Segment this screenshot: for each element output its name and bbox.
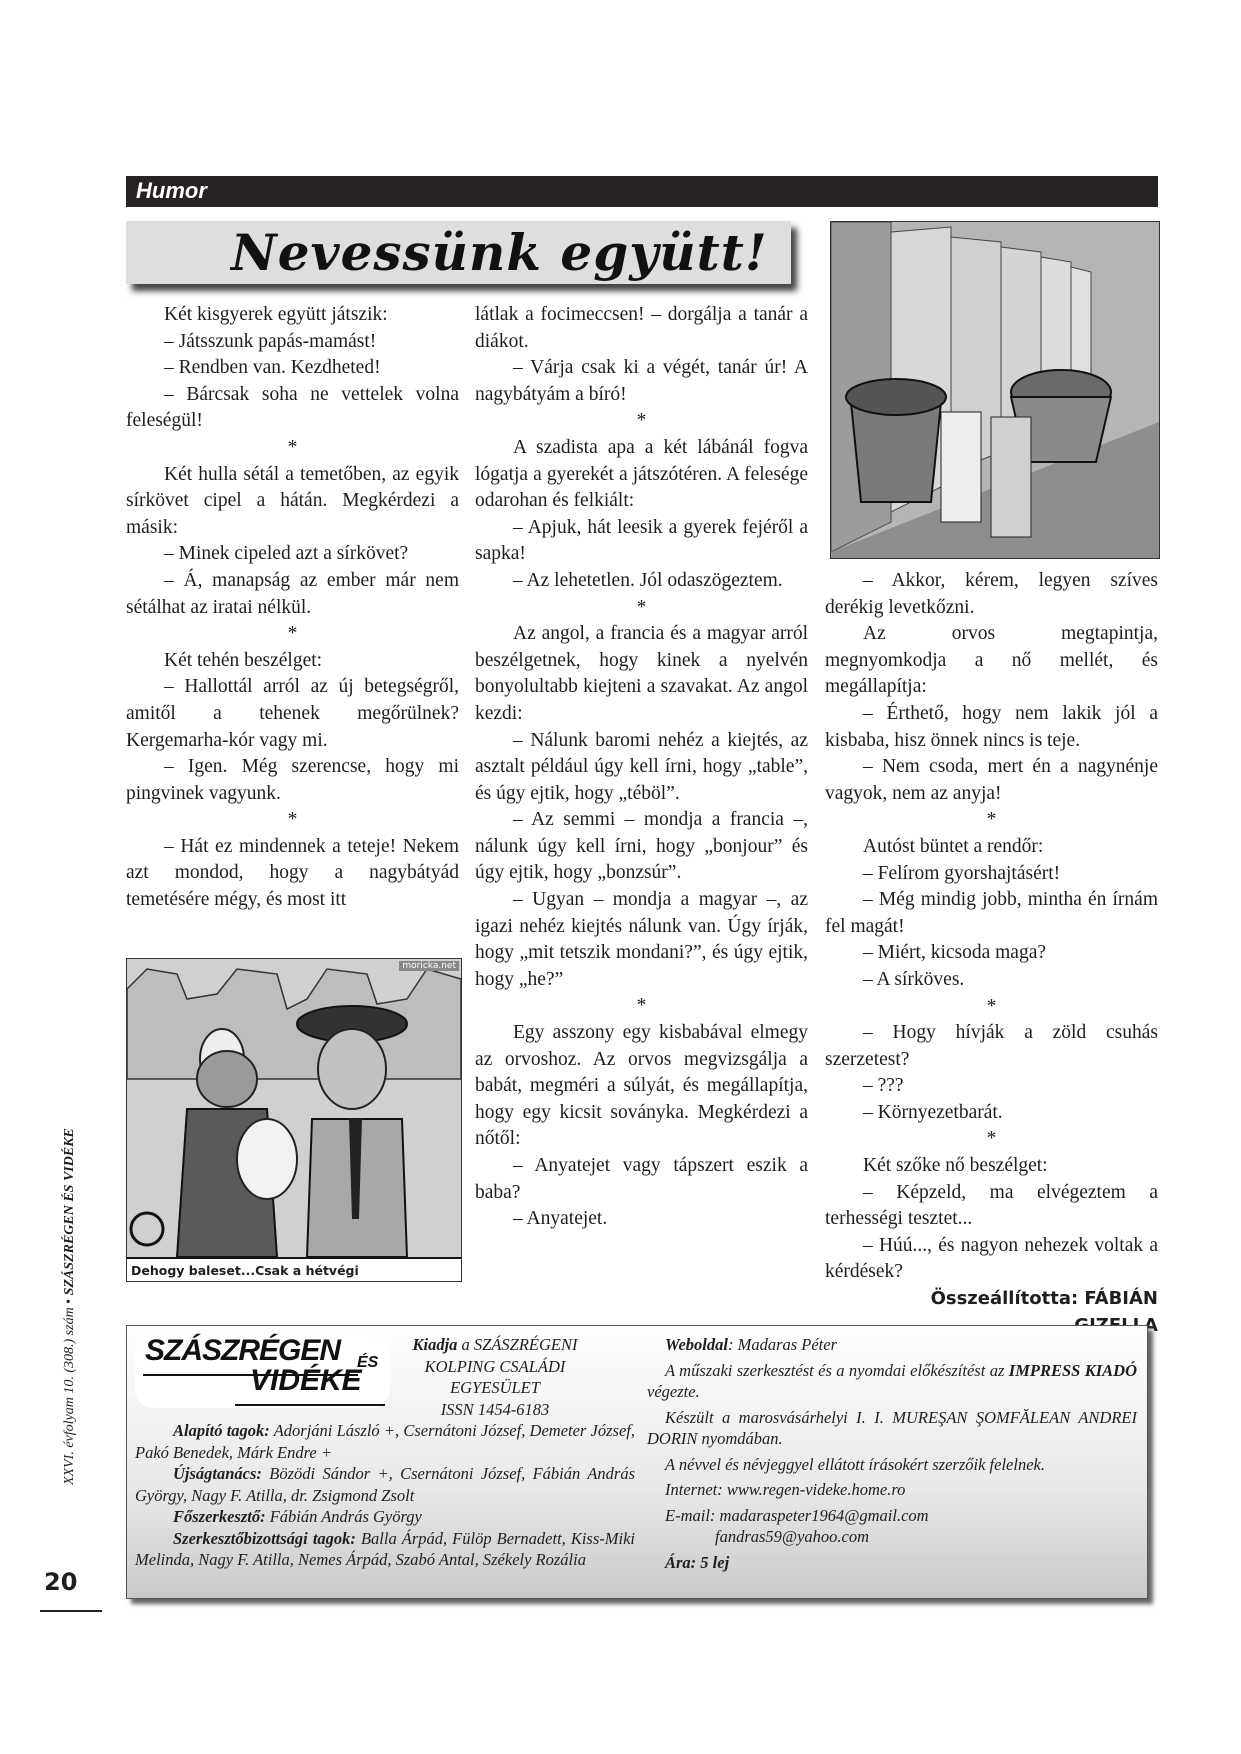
email-link[interactable]: E-mail: madaraspeter1964@gmail.com bbox=[647, 1505, 1137, 1527]
page-number: 20 bbox=[44, 1568, 77, 1596]
paragraph: – ??? bbox=[825, 1073, 1158, 1100]
website-label: Weboldal bbox=[665, 1335, 728, 1354]
founders: Alapító tagok: Adorjáni László +, Cserná… bbox=[135, 1420, 635, 1463]
separator: * bbox=[825, 807, 1158, 834]
cartoon-illustration bbox=[831, 222, 1159, 558]
editorial-board: Szerkesztőbizottsági tagok: Balla Árpád,… bbox=[135, 1528, 635, 1571]
separator: * bbox=[126, 621, 459, 648]
separator: * bbox=[475, 993, 808, 1020]
paragraph: – Még mindig jobb, mintha én írnám fel m… bbox=[825, 887, 1158, 940]
paragraph: – Játsszunk papás-mamást! bbox=[126, 329, 459, 356]
article-title-box: Nevessünk együtt! bbox=[126, 221, 791, 284]
column-2: látlak a focimeccsen! – dorgálja a tanár… bbox=[475, 302, 808, 1233]
website-editor-name: : Madaras Péter bbox=[728, 1335, 837, 1354]
editor-label: Főszerkesztő: bbox=[173, 1507, 266, 1526]
founders-label: Alapító tagok: bbox=[173, 1421, 270, 1440]
paragraph: – Rendben van. Kezdheted! bbox=[126, 355, 459, 382]
logo-line-1: SZÁSZRÉGEN bbox=[145, 1340, 340, 1362]
newspaper-name: SZÁSZRÉGEN ÉS VIDÉKE bbox=[62, 1128, 77, 1295]
price: Ára: 5 lej bbox=[647, 1552, 1137, 1574]
separator: * bbox=[475, 408, 808, 435]
paragraph: – Anyatejet. bbox=[475, 1206, 808, 1233]
production-info: Weboldal: Madaras Péter A műszaki szerke… bbox=[647, 1334, 1137, 1577]
paragraph: – Környezetbarát. bbox=[825, 1100, 1158, 1127]
separator: * bbox=[825, 994, 1158, 1021]
paragraph: – A sírköves. bbox=[825, 967, 1158, 994]
advisors-label: Újságtanács: bbox=[173, 1464, 262, 1483]
paragraph: – Érthető, hogy nem lakik jól a kisbaba,… bbox=[825, 701, 1158, 754]
advisors: Újságtanács: Bözödi Sándor +, Csernátoni… bbox=[135, 1463, 635, 1506]
separator: * bbox=[475, 595, 808, 622]
paragraph: – Anyatejet vagy tápszert eszik a baba? bbox=[475, 1153, 808, 1206]
paragraph: látlak a focimeccsen! – dorgálja a tanár… bbox=[475, 302, 808, 355]
email-link-2[interactable]: fandras59@yahoo.com bbox=[647, 1526, 1137, 1548]
section-header: Humor bbox=[126, 176, 1158, 207]
paragraph: – Akkor, kérem, legyen szíves derékig le… bbox=[825, 568, 1158, 621]
responsibility-note: A névvel és névjeggyel ellátott írásokér… bbox=[647, 1454, 1137, 1476]
paragraph: – Hallottál arról az új betegségről, ami… bbox=[126, 674, 459, 754]
paragraph: Az orvos megtapintja, megnyomkodja a nő … bbox=[825, 621, 1158, 701]
paragraph: – Húú..., és nagyon nehezek voltak a kér… bbox=[825, 1233, 1158, 1286]
separator: * bbox=[126, 807, 459, 834]
paragraph: – Bárcsak soha ne vettelek volna feleség… bbox=[126, 382, 459, 435]
issn: ISSN 1454-6183 bbox=[441, 1400, 550, 1419]
paragraph: Két hulla sétál a temetőben, az egyik sí… bbox=[126, 462, 459, 542]
paragraph: Két szőke nő beszélget: bbox=[825, 1153, 1158, 1180]
paragraph: – Apjuk, hát leesik a gyerek fejéről a s… bbox=[475, 515, 808, 568]
cartoon-football-injury: moricka.net Dehogy baleset...Csak a hétv… bbox=[126, 958, 462, 1282]
paragraph: – Ugyan – mondja a magyar –, az igazi ne… bbox=[475, 887, 808, 993]
paragraph: – Hát ez mindennek a teteje! Nekem azt m… bbox=[126, 834, 459, 914]
paragraph: – Igen. Még szerencse, hogy mi pingvinek… bbox=[126, 754, 459, 807]
tech-text: A műszaki szerkesztést és a nyomdai elők… bbox=[665, 1361, 1004, 1380]
publisher-info: Kiadja a SZÁSZRÉGENI KOLPING CSALÁDI EGY… bbox=[395, 1334, 595, 1420]
website-editor: Weboldal: Madaras Péter bbox=[647, 1334, 1137, 1356]
page-number-rule bbox=[40, 1610, 102, 1612]
paragraph: – Képzeld, ma elvégeztem a terhességi te… bbox=[825, 1180, 1158, 1233]
paragraph: – Nem csoda, mert én a nagynénje vagyok,… bbox=[825, 754, 1158, 807]
watermark: moricka.net bbox=[399, 961, 459, 971]
paragraph: Két tehén beszélget: bbox=[126, 648, 459, 675]
internet-link[interactable]: Internet: www.regen-videke.home.ro bbox=[647, 1479, 1137, 1501]
cartoon-city-trash bbox=[830, 221, 1160, 559]
paragraph: Az angol, a francia és a magyar arról be… bbox=[475, 621, 808, 727]
issue-side-strip: XXVI. évfolyam 10. (308.) szám • SZÁSZRÉ… bbox=[62, 985, 84, 1485]
tech-firm: IMPRESS KIADÓ bbox=[1009, 1361, 1137, 1380]
paragraph: – Az semmi – mondja a francia –, nálunk … bbox=[475, 807, 808, 887]
column-3: – Akkor, kérem, legyen szíves derékig le… bbox=[825, 568, 1158, 1339]
paragraph: A szadista apa a két lábánál fogva lógat… bbox=[475, 435, 808, 515]
tech-end: végezte. bbox=[647, 1382, 700, 1401]
paragraph: Autóst büntet a rendőr: bbox=[825, 834, 1158, 861]
bullet-separator: • bbox=[62, 1295, 77, 1307]
paragraph: Egy asszony egy kisbabával elmegy az orv… bbox=[475, 1020, 808, 1153]
separator: * bbox=[126, 435, 459, 462]
price-value: Ára: 5 lej bbox=[665, 1553, 729, 1572]
editor-in-chief: Főszerkesztő: Fábián András György bbox=[135, 1506, 635, 1528]
paragraph: Két kisgyerek együtt játszik: bbox=[126, 302, 459, 329]
paragraph: – Miért, kicsoda maga? bbox=[825, 940, 1158, 967]
editor-name: Fábián András György bbox=[270, 1507, 422, 1526]
imprint-box: SZÁSZRÉGEN ÉS VIDÉKE Kiadja a SZÁSZRÉGEN… bbox=[126, 1325, 1148, 1599]
paragraph: – Hogy hívják a zöld csuhás szerzetest? bbox=[825, 1020, 1158, 1073]
publisher-label: Kiadja bbox=[412, 1335, 457, 1354]
logo-line-2: VIDÉKE bbox=[250, 1370, 362, 1392]
cartoon-illustration bbox=[127, 959, 461, 1257]
issue-number: XXVI. évfolyam 10. (308.) szám bbox=[62, 1307, 77, 1485]
board-label: Szerkesztőbizottsági tagok: bbox=[173, 1529, 356, 1548]
tech-editing: A műszaki szerkesztést és a nyomdai elők… bbox=[647, 1360, 1137, 1403]
staff-list: Alapító tagok: Adorjáni László +, Cserná… bbox=[135, 1420, 635, 1571]
separator: * bbox=[825, 1126, 1158, 1153]
paragraph: – Felírom gyorshajtásért! bbox=[825, 861, 1158, 888]
newspaper-logo: SZÁSZRÉGEN ÉS VIDÉKE bbox=[135, 1336, 390, 1408]
article-title: Nevessünk együtt! bbox=[231, 223, 768, 282]
paragraph: – Minek cipeled azt a sírkövet? bbox=[126, 541, 459, 568]
printing-house: Készült a marosvásárhelyi I. I. MUREŞAN … bbox=[647, 1407, 1137, 1450]
cartoon-caption: Dehogy baleset...Csak a hétvégi focirang… bbox=[127, 1257, 461, 1281]
logo-rule bbox=[235, 1404, 385, 1406]
paragraph: – Várja csak ki a végét, tanár úr! A nag… bbox=[475, 355, 808, 408]
section-label: Humor bbox=[136, 178, 207, 204]
paragraph: – Á, manapság az ember már nem sétálhat … bbox=[126, 568, 459, 621]
paragraph: – Nálunk baromi nehéz a kiejtés, az aszt… bbox=[475, 728, 808, 808]
paragraph: – Az lehetetlen. Jól odaszögeztem. bbox=[475, 568, 808, 595]
column-1: Két kisgyerek együtt játszik: – Játsszun… bbox=[126, 302, 459, 914]
